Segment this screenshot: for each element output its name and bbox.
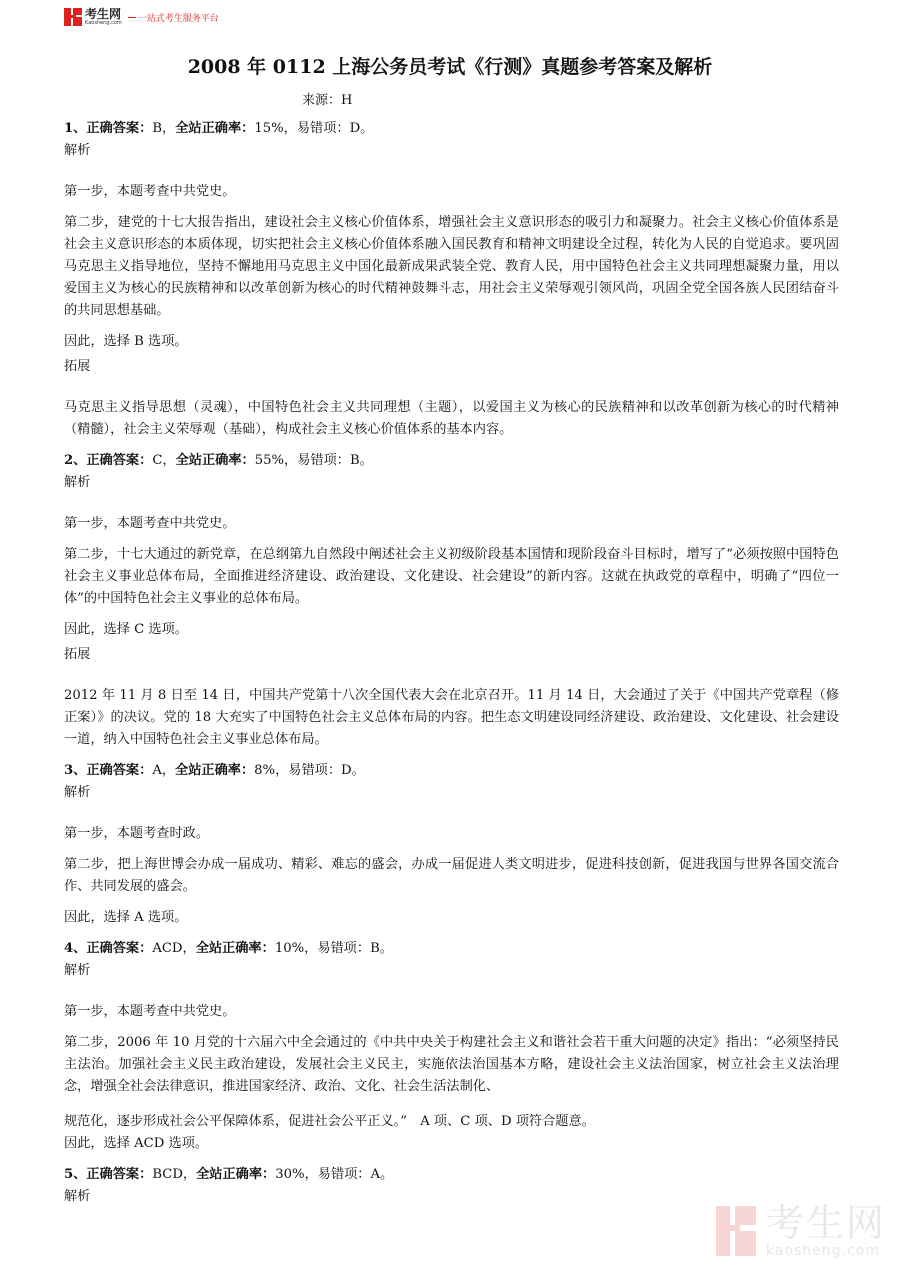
wrong-value: A。	[370, 1167, 393, 1182]
question-4-step1: 第一步，本题考查中共党史。	[64, 1001, 839, 1023]
answer-value: C，	[152, 453, 175, 468]
watermark: 考生网 kaosheng.com	[716, 1204, 886, 1258]
logo-en-text: Kaosheng.com	[85, 21, 122, 26]
watermark-text: 考生网 kaosheng.com	[766, 1204, 886, 1258]
question-1-extension: 马克思主义指导思想（灵魂），中国特色社会主义共同理想（主题），以爱国主义为核心的…	[64, 397, 839, 441]
answer-label: 正确答案：	[86, 121, 152, 136]
question-number: 4、	[64, 941, 86, 956]
watermark-cn: 考生网	[766, 1204, 886, 1242]
logo-cn-text: 考生网	[85, 8, 122, 20]
question-number: 3、	[64, 763, 86, 778]
question-2-conclusion: 因此，选择 C 选项。	[64, 619, 839, 641]
question-2-step2: 第二步，十七大通过的新党章，在总纲第九自然段中阐述社会主义初级阶段基本国情和现阶…	[64, 544, 839, 610]
question-1-step1: 第一步，本题考查中共党史。	[64, 181, 839, 203]
rate-label: 全站正确率：	[176, 453, 255, 468]
rate-value: 10%，	[275, 941, 318, 956]
extension-label: 拓展	[64, 356, 839, 378]
analysis-label: 解析	[64, 140, 839, 162]
question-1-conclusion: 因此，选择 B 选项。	[64, 331, 839, 353]
wrong-label: 易错项：	[288, 763, 341, 778]
question-4-conclusion: 因此，选择 ACD 选项。	[64, 1133, 839, 1155]
answer-value: B，	[152, 121, 175, 136]
rate-label: 全站正确率：	[175, 121, 254, 136]
document-title: 2008 年 0112 上海公务员考试《行测》真题参考答案及解析	[0, 52, 900, 79]
question-2-step1: 第一步，本题考查中共党史。	[64, 513, 839, 535]
answer-value: BCD，	[152, 1167, 196, 1182]
answer-label: 正确答案：	[86, 941, 152, 956]
answer-label: 正确答案：	[86, 453, 152, 468]
question-number: 1、	[64, 121, 86, 136]
wrong-value: B。	[350, 453, 373, 468]
question-4-header: 4、正确答案：ACD，全站正确率：10%，易错项：B。	[64, 938, 839, 960]
logo-wordmark: 考生网 Kaosheng.com	[85, 8, 122, 26]
rate-value: 30%，	[275, 1167, 318, 1182]
question-1-header: 1、正确答案：B，全站正确率：15%，易错项：D。	[64, 118, 839, 140]
question-3-header: 3、正确答案：A，全站正确率：8%，易错项：D。	[64, 760, 839, 782]
rate-value: 55%，	[255, 453, 298, 468]
question-3-step2: 第二步，把上海世博会办成一届成功、精彩、难忘的盛会，办成一届促进人类文明进步，促…	[64, 854, 839, 898]
site-slogan: 一站式考生服务平台	[138, 11, 219, 24]
question-2-extension: 2012 年 11 月 8 日至 14 日，中国共产党第十八次全国代表大会在北京…	[64, 685, 839, 751]
rate-label: 全站正确率：	[175, 763, 254, 778]
answer-label: 正确答案：	[86, 763, 152, 778]
wrong-value: D。	[341, 763, 365, 778]
kaosheng-watermark-icon	[716, 1206, 756, 1256]
site-logo[interactable]: 考生网 Kaosheng.com 一站式考生服务平台	[64, 6, 219, 28]
wrong-label: 易错项：	[297, 453, 350, 468]
rate-label: 全站正确率：	[196, 1167, 275, 1182]
answer-value: ACD，	[152, 941, 195, 956]
analysis-label: 解析	[64, 782, 839, 804]
rate-value: 15%，	[254, 121, 297, 136]
wrong-label: 易错项：	[297, 121, 350, 136]
wrong-label: 易错项：	[317, 941, 370, 956]
rate-label: 全站正确率：	[196, 941, 275, 956]
slogan-dash	[128, 17, 136, 18]
analysis-label: 解析	[64, 960, 839, 982]
question-number: 2、	[64, 453, 86, 468]
wrong-label: 易错项：	[318, 1167, 371, 1182]
extension-label: 拓展	[64, 644, 839, 666]
watermark-en: kaosheng.com	[766, 1244, 886, 1258]
analysis-label: 解析	[64, 472, 839, 494]
question-3-step1: 第一步，本题考查时政。	[64, 823, 839, 845]
wrong-value: D。	[350, 121, 374, 136]
question-3-conclusion: 因此，选择 A 选项。	[64, 907, 839, 929]
answer-label: 正确答案：	[86, 1167, 152, 1182]
wrong-value: B。	[370, 941, 393, 956]
question-4-step2-continued: 规范化，逐步形成社会公平保障体系，促进社会公平正义。” A 项、C 项、D 项符…	[64, 1111, 839, 1133]
question-5-header: 5、正确答案：BCD，全站正确率：30%，易错项：A。	[64, 1164, 839, 1186]
question-4-step2: 第二步，2006 年 10 月党的十六届六中全会通过的《中共中央关于构建社会主义…	[64, 1032, 839, 1098]
question-number: 5、	[64, 1167, 86, 1182]
rate-value: 8%，	[254, 763, 288, 778]
answer-value: A，	[152, 763, 175, 778]
document-body: 1、正确答案：B，全站正确率：15%，易错项：D。 解析 第一步，本题考查中共党…	[64, 118, 839, 1208]
kaosheng-logo-icon	[64, 8, 82, 26]
question-1-step2: 第二步，建党的十七大报告指出，建设社会主义核心价值体系，增强社会主义意识形态的吸…	[64, 212, 839, 322]
document-source: 来源：H	[302, 89, 352, 108]
question-2-header: 2、正确答案：C，全站正确率：55%，易错项：B。	[64, 450, 839, 472]
